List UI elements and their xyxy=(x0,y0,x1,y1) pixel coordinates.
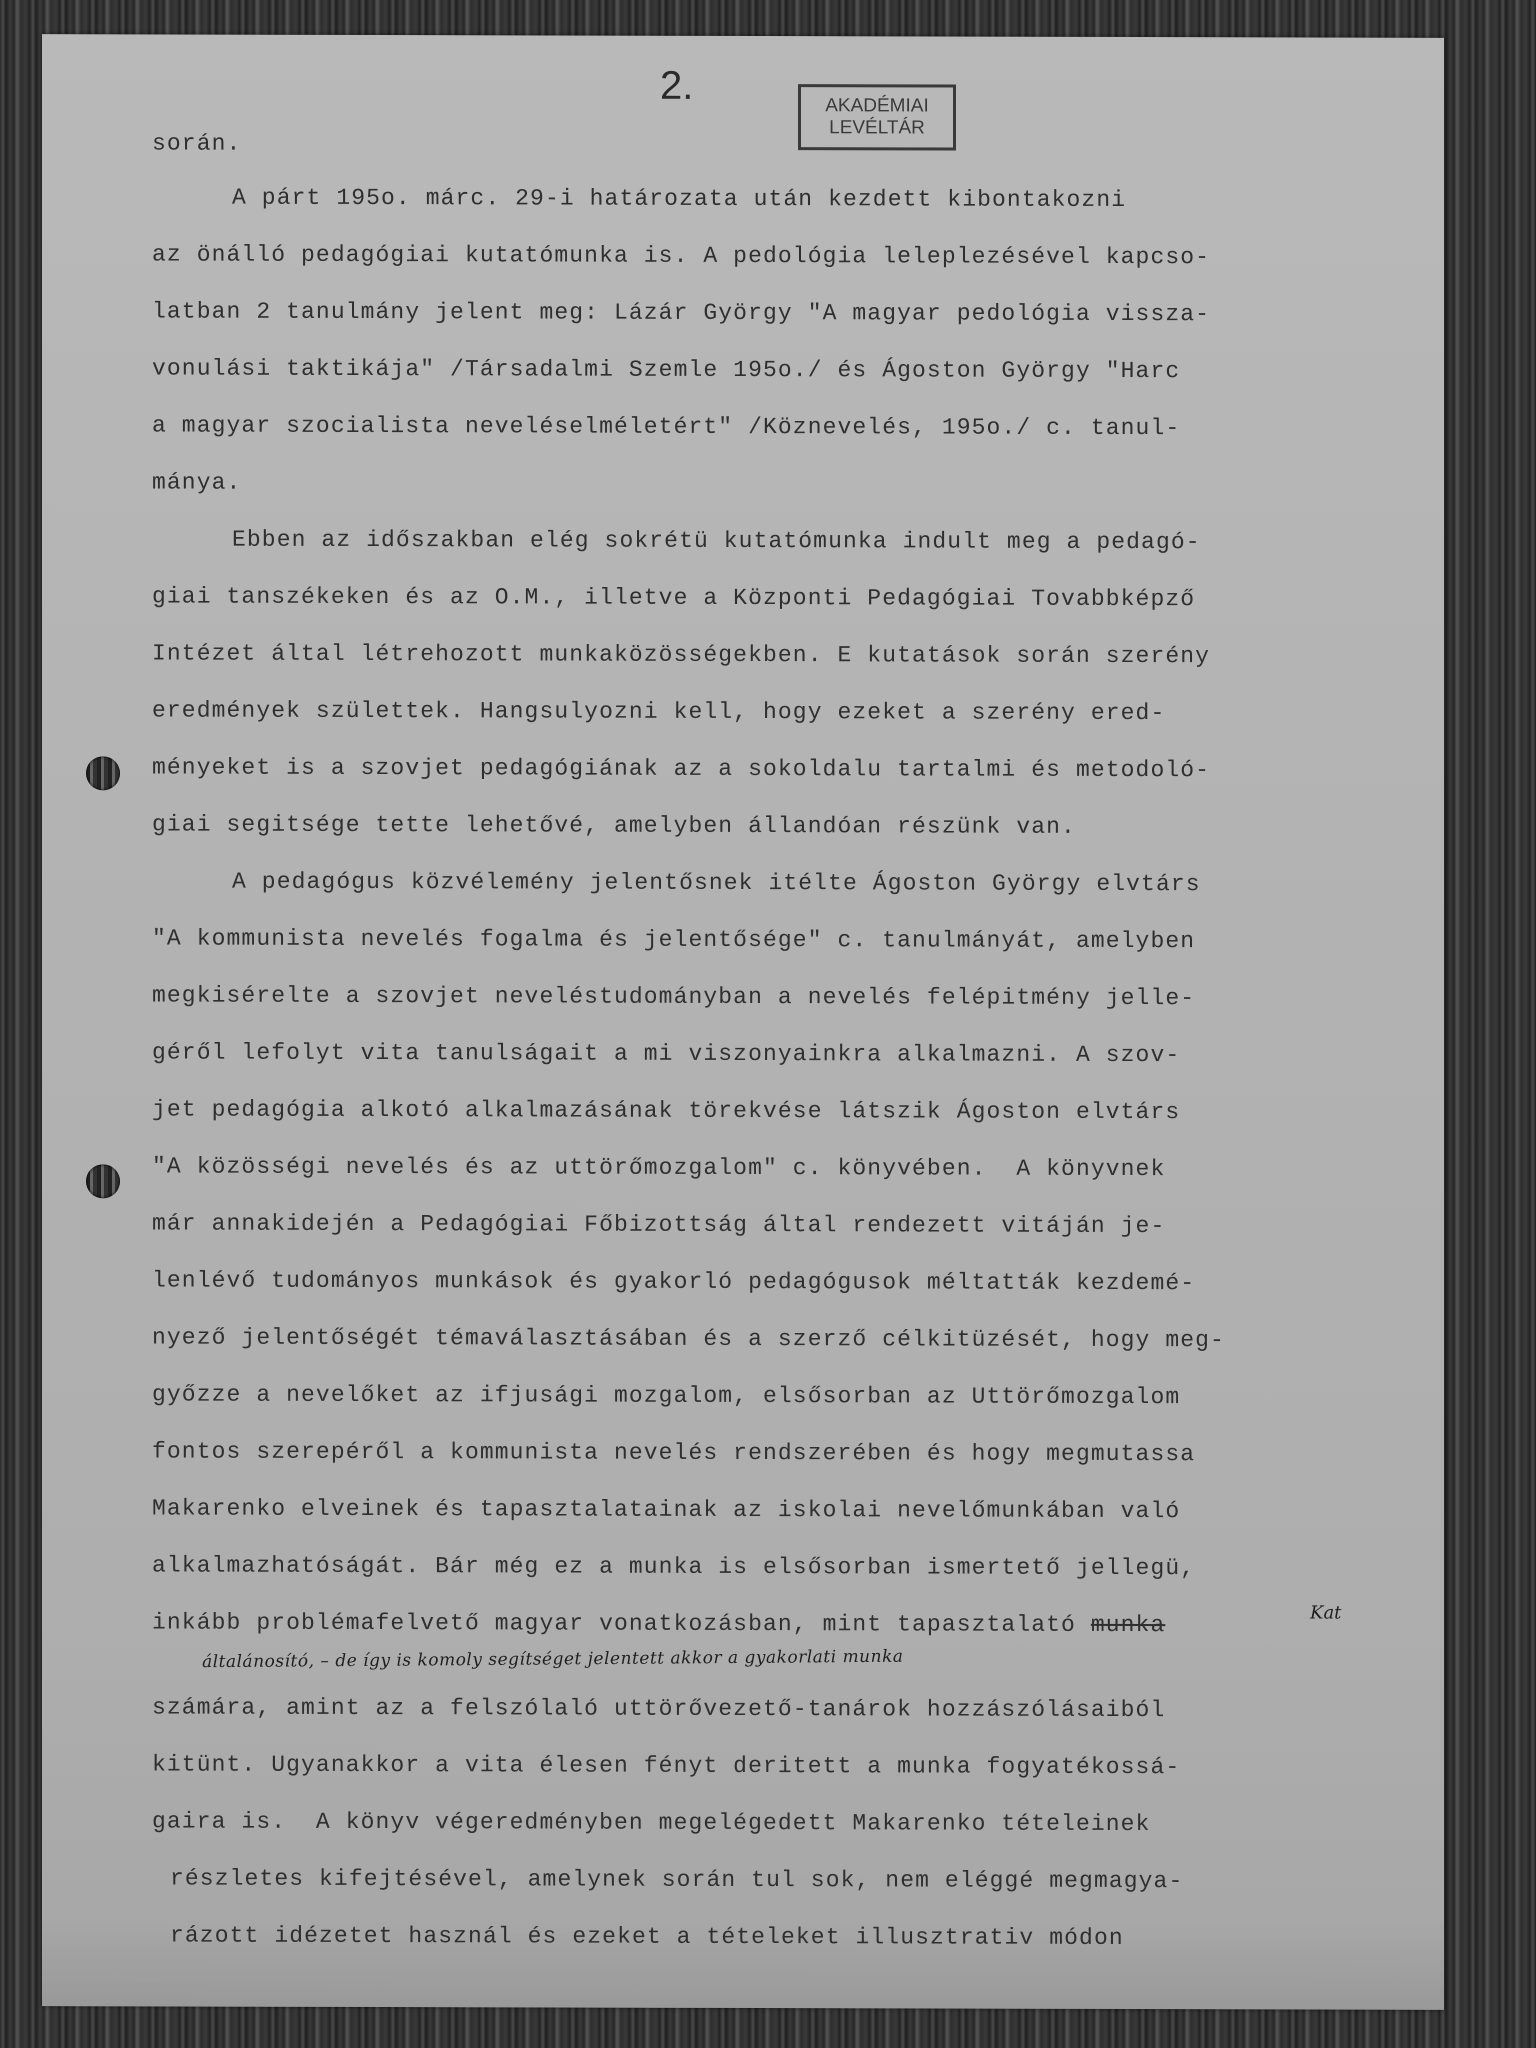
text-line: fontos szerepéről a kommunista nevelés r… xyxy=(152,1430,1195,1476)
text-line: A párt 195o. márc. 29-i határozata után … xyxy=(152,176,1126,222)
text-line: "A kommunista nevelés fogalma és jelentő… xyxy=(152,917,1195,963)
text-line: Ebben az időszakban elég sokrétü kutatóm… xyxy=(152,518,1201,564)
punch-hole-icon xyxy=(86,756,120,790)
text-line: géről lefolyt vita tanulságait a mi visz… xyxy=(152,1031,1180,1077)
text-line: Intézet által létrehozott munkaközössége… xyxy=(152,632,1210,678)
handwritten-insert: Kat xyxy=(1310,1602,1341,1623)
text-line: latban 2 tanulmány jelent meg: Lázár Gyö… xyxy=(152,290,1210,336)
archive-stamp: AKADÉMIAI LEVÉLTÁR xyxy=(798,84,956,150)
text-line: A pedagógus közvélemény jelentősnek itél… xyxy=(152,860,1201,906)
text-line: mánya. xyxy=(152,461,241,504)
text-line: ményeket is a szovjet pedagógiának az a … xyxy=(152,746,1210,792)
text-line: giai segitsége tette lehetővé, amelyben … xyxy=(152,803,1076,848)
text-line: győzze a nevelőket az ifjusági mozgalom,… xyxy=(152,1373,1180,1419)
text-line: nyező jelentőségét témaválasztásában és … xyxy=(152,1316,1225,1362)
text-line: részletes kifejtésével, amelynek során t… xyxy=(152,1857,1183,1903)
text-line: már annakidején a Pedagógiai Főbizottság… xyxy=(152,1202,1165,1248)
text-line: a magyar szocialista neveléselméletért" … xyxy=(152,404,1180,450)
handwritten-annotation: általánosító, – de így is komoly segítsé… xyxy=(202,1642,1462,1672)
text-line: rázott idézetet használ és ezeket a téte… xyxy=(152,1914,1124,1960)
text-line: számára, amint az a felszólaló uttörővez… xyxy=(152,1686,1165,1732)
text-line: inkább problémafelvető magyar vonatkozás… xyxy=(152,1601,1165,1647)
text-line: Makarenko elveinek és tapasztalatainak a… xyxy=(152,1487,1180,1533)
text-line: kitünt. Ugyanakkor a vita élesen fényt d… xyxy=(152,1743,1180,1789)
text-line: gaira is. A könyv végeredményben megelég… xyxy=(152,1800,1150,1846)
text-line: lenlévő tudományos munkások és gyakorló … xyxy=(152,1259,1195,1305)
text-line: giai tanszékeken és az O.M., illetve a K… xyxy=(152,575,1195,621)
text-line: az önálló pedagógiai kutatómunka is. A p… xyxy=(152,233,1210,279)
document-page: 2. AKADÉMIAI LEVÉLTÁR során.A párt 195o.… xyxy=(42,34,1444,2010)
text-line: "A közösségi nevelés és az uttörőmozgalo… xyxy=(152,1145,1165,1191)
text-line: vonulási taktikája" /Társadalmi Szemle 1… xyxy=(152,347,1180,393)
text-line: megkisérelte a szovjet neveléstudományba… xyxy=(152,974,1195,1020)
stamp-line-2: LEVÉLTÁR xyxy=(829,117,925,139)
text-line: során. xyxy=(152,122,241,165)
text-line: eredmények születtek. Hangsulyozni kell,… xyxy=(152,689,1165,735)
stamp-line-1: AKADÉMIAI xyxy=(825,95,928,117)
struck-word: munka xyxy=(1091,1612,1166,1638)
punch-hole-icon xyxy=(86,1164,120,1198)
page-number: 2. xyxy=(660,64,693,109)
text-line: alkalmazhatóságát. Bár még ez a munka is… xyxy=(152,1544,1195,1590)
text-line: jet pedagógia alkotó alkalmazásának töre… xyxy=(152,1088,1180,1134)
